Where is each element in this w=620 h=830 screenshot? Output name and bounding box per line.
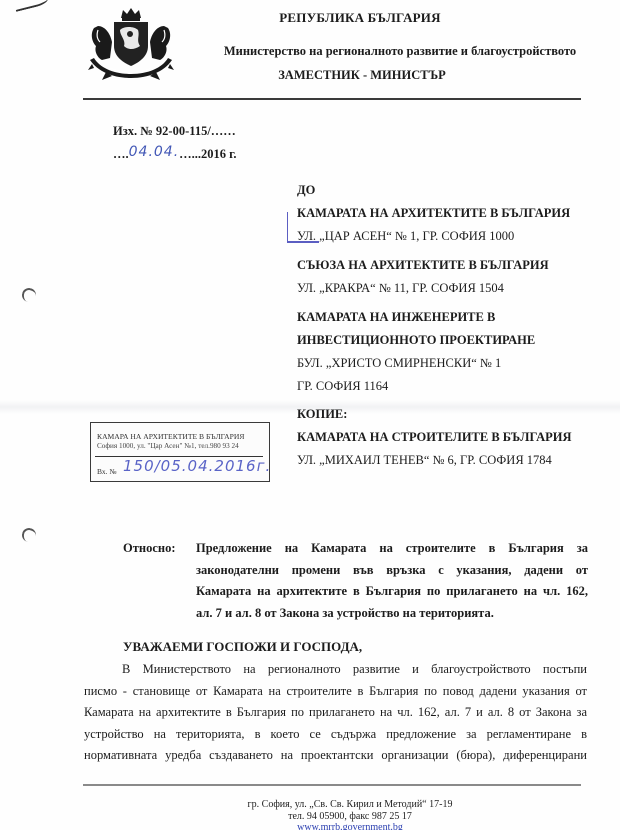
body-line: нормативната уредба създаването на проек… (84, 745, 587, 767)
body-line: устройство на територията, в което се съ… (84, 724, 587, 746)
subject-line: законодателни промени във връзка с указа… (196, 560, 588, 582)
subject-line: Предложение на Камарата на строителите в… (196, 538, 588, 560)
subject-line: Камарата на архитектите в България по пр… (196, 581, 588, 603)
footer-contacts: тел. 94 05900, факс 987 25 17 (100, 811, 600, 822)
ministry-heading: Министерство на регионалното развитие и … (90, 44, 620, 59)
stamp-handwritten-number: 150/05.04.2016г. (123, 457, 271, 475)
punch-hole-mark (21, 287, 37, 303)
incoming-registration-stamp: КАМАРА НА АРХИТЕКТИТЕ В БЪЛГАРИЯ София 1… (90, 422, 270, 482)
to-label: ДО (297, 183, 315, 198)
stamp-organization: КАМАРА НА АРХИТЕКТИТЕ В БЪЛГАРИЯ (97, 432, 244, 441)
handwritten-date: 04.04. (129, 144, 180, 160)
recipient-2-name: СЪЮЗА НА АРХИТЕКТИТЕ В БЪЛГАРИЯ (297, 258, 549, 273)
recipient-3-city: ГР. СОФИЯ 1164 (297, 379, 388, 394)
copy-recipient-name: КАМАРАТА НА СТРОИТЕЛИТЕ В БЪЛГАРИЯ (297, 430, 571, 445)
recipient-1-name: КАМАРАТА НА АРХИТЕКТИТЕ В БЪЛГАРИЯ (297, 206, 570, 221)
recipient-3-name: КАМАРАТА НА ИНЖЕНЕРИТЕ В (297, 310, 495, 325)
body-line: писмо - становище от Камарата на строите… (84, 681, 587, 703)
recipient-3-address: БУЛ. „ХРИСТО СМИРНЕНСКИ“ № 1 (297, 356, 501, 371)
footer-divider (83, 784, 581, 786)
letter-body: В Министерството на регионалното развити… (84, 659, 587, 767)
subject-block: Относно: Предложение на Камарата на стро… (123, 538, 588, 624)
position-heading: ЗАМЕСТНИК - МИНИСТЪР (52, 68, 620, 83)
outgoing-date: ….04.04.…...2016 г. (113, 146, 237, 162)
recipient-2-address: УЛ. „КРАКРА“ № 11, ГР. СОФИЯ 1504 (297, 281, 504, 296)
subject-line: ал. 7 и ал. 8 от Закона за устройство на… (196, 603, 588, 625)
footer-website-link[interactable]: www.mrrb.government.bg (100, 822, 600, 830)
body-line: Камарата на архитектите в България по пр… (84, 702, 587, 724)
country-heading: РЕПУБЛИКА БЪЛГАРИЯ (50, 10, 620, 26)
outgoing-number: Изх. № 92-00-115/…… (113, 124, 236, 139)
stamp-in-label: Вх. № (97, 467, 117, 476)
stamp-address: София 1000, ул. "Цар Асен" №1, тел.980 9… (97, 442, 239, 450)
copy-label: КОПИЕ: (297, 407, 347, 422)
subject-text: Предложение на Камарата на строителите в… (196, 538, 588, 624)
body-line: В Министерството на регионалното развити… (84, 659, 587, 681)
date-prefix: …. (113, 147, 129, 161)
header-divider (83, 98, 581, 100)
recipient-1-address: УЛ. „ЦАР АСЕН“ № 1, ГР. СОФИЯ 1000 (297, 229, 514, 244)
subject-label: Относно: (123, 538, 175, 560)
letter-page: РЕПУБЛИКА БЪЛГАРИЯ Министерство на регио… (0, 0, 620, 830)
corner-pen-mark (13, 0, 49, 12)
salutation: УВАЖАЕМИ ГОСПОЖИ И ГОСПОДА, (123, 639, 362, 655)
footer-address: гр. София, ул. „Св. Св. Кирил и Методий“… (100, 799, 600, 810)
punch-hole-mark (21, 527, 37, 543)
recipient-3-name-cont: ИНВЕСТИЦИОННОТО ПРОЕКТИРАНЕ (297, 333, 535, 348)
date-suffix: …...2016 г. (179, 147, 236, 161)
copy-recipient-address: УЛ. „МИХАИЛ ТЕНЕВ“ № 6, ГР. СОФИЯ 1784 (297, 453, 552, 468)
